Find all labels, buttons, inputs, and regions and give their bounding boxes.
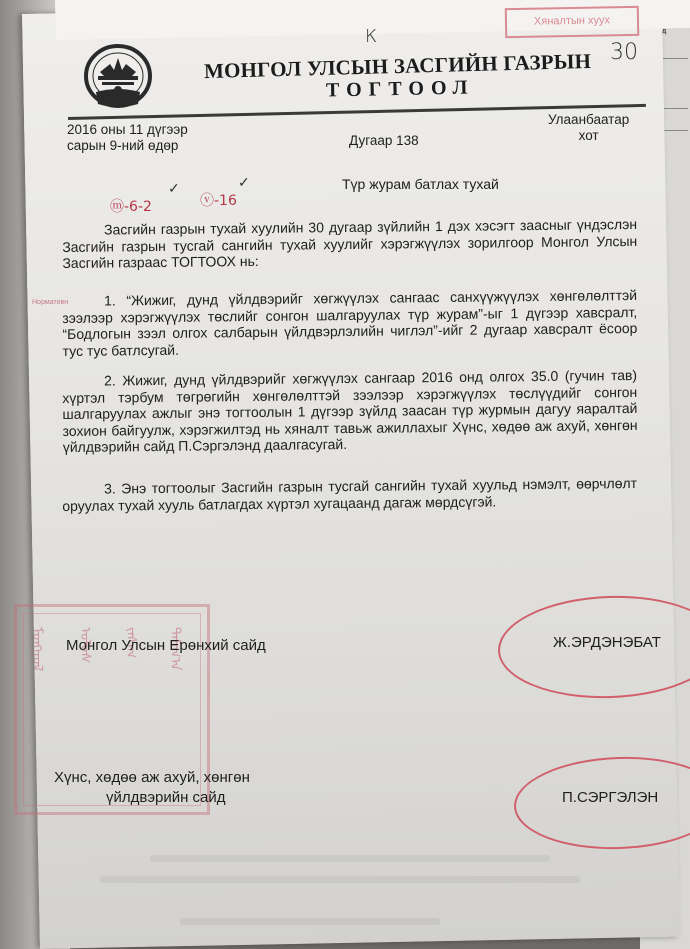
document-subject: Түр журам батлах тухай (342, 176, 499, 192)
article-3: 3. Энэ тогтоолыг Засгийн газрын тусгай с… (62, 475, 637, 514)
check-icon: ✓ (168, 180, 180, 197)
place-line: Улаанбаатар (548, 112, 629, 128)
document-number: Дугаар 138 (349, 133, 419, 148)
article-text: 2. Жижиг, дунд үйлдвэрийг хөгжүүлэх санг… (62, 367, 637, 455)
bleed-through-text (100, 876, 580, 883)
control-stamp: Хяналтын хуух (505, 6, 640, 38)
handwritten-code: ⓜ-6-2 (110, 196, 152, 216)
article-1: 1. “Жижиг, дунд үйлдвэрийг хөгжүүлэх сан… (62, 287, 638, 359)
seal-script: ᠮᠣᠩᠭᠣᠯ (35, 627, 49, 787)
preamble: Засгийн газрын тухай хуулийн 30 дугаар з… (62, 216, 637, 272)
bleed-through-text (180, 918, 440, 925)
article-2: 2. Жижиг, дунд үйлдвэрийг хөгжүүлэх санг… (62, 367, 638, 456)
article-text: 1. “Жижиг, дунд үйлдвэрийг хөгжүүлэх сан… (62, 287, 637, 359)
date-line: сарын 9-ний өдөр (67, 138, 188, 154)
handwritten-mark: К (365, 26, 377, 47)
handwritten-page-number: 30 (610, 40, 638, 65)
preamble-text: Засгийн газрын тухай хуулийн 30 дугаар з… (62, 216, 637, 271)
place-line: хот (548, 128, 629, 144)
minister-title: Хүнс, хөдөө аж ахуй, хөнгөн үйлдвэрийн с… (54, 768, 250, 808)
prime-minister-title: Монгол Улсын Ерөнхий сайд (66, 637, 266, 654)
minister-title-line: үйлдвэрийн сайд (54, 788, 250, 808)
check-icon: ✓ (238, 174, 250, 191)
document-place: Улаанбаатар хот (548, 112, 629, 144)
article-text: 3. Энэ тогтоолыг Засгийн газрын тусгай с… (62, 475, 637, 514)
bleed-through-text (150, 855, 550, 862)
handwritten-code: ⓥ-16 (200, 190, 237, 210)
date-line: 2016 оны 11 дүгээр (67, 122, 188, 138)
resolution-title: ТОГТООЛ (326, 76, 475, 102)
minister-title-line: Хүнс, хөдөө аж ахуй, хөнгөн (54, 768, 250, 788)
document-date: 2016 оны 11 дүгээр сарын 9-ний өдөр (67, 122, 188, 154)
state-emblem-icon (80, 44, 156, 112)
